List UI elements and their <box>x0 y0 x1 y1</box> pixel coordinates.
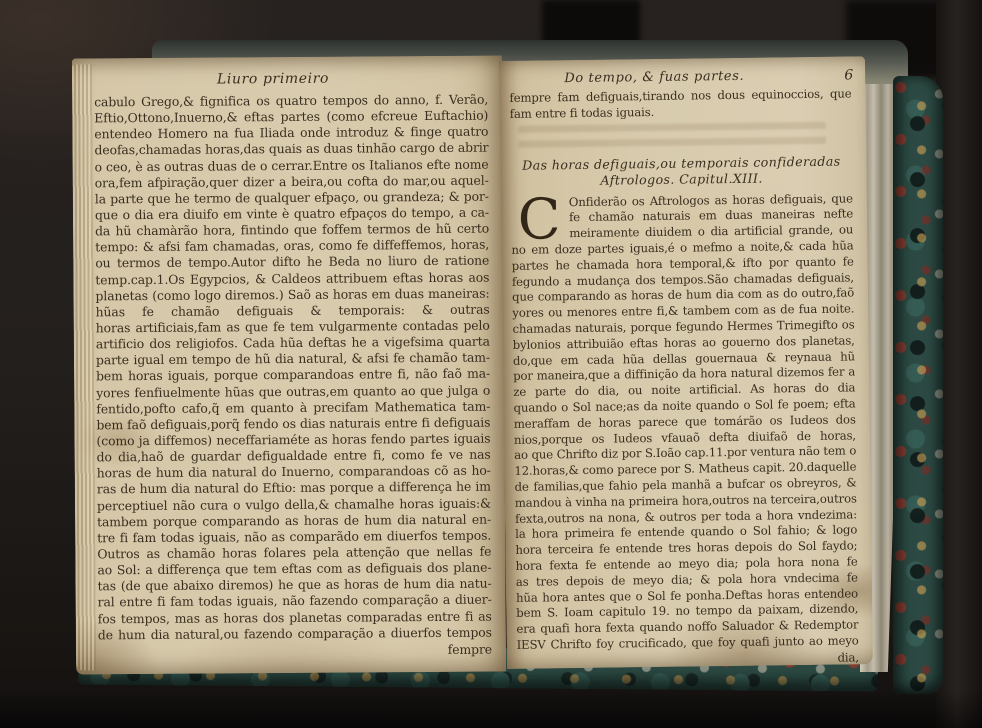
right-page-lines: Onfiderão os Aftrologos as horas defigua… <box>511 191 859 654</box>
running-header-left: Liuro primeiro <box>72 70 474 89</box>
left-page-lines: cabulo Grego,& fignifica os quatro tempo… <box>94 92 492 644</box>
chapter-end-lines: fempre fam defiguais,tirando nos dous eq… <box>509 86 851 122</box>
background-shadow-bottom <box>0 690 982 728</box>
text-line: de hum dia natural,ou fazendo comparação… <box>98 624 492 643</box>
left-page: Liuro primeiro cabulo Grego,& fignifica … <box>72 56 506 675</box>
left-page-text: cabulo Grego,& fignifica os quatro tempo… <box>94 92 492 661</box>
drop-cap-initial: C <box>513 196 566 245</box>
running-header-right: Do tempo, & fuas partes. <box>499 68 809 87</box>
right-page: Do tempo, & fuas partes. 6 fempre fam de… <box>499 56 873 669</box>
page-number: 6 <box>844 67 853 83</box>
right-page-text: fempre fam defiguais,tirando nos dous eq… <box>509 86 859 670</box>
catchword-left: fempre <box>98 641 492 660</box>
ink-show-through <box>518 121 826 155</box>
marbled-cover-right <box>893 76 943 694</box>
chapter-xiii-body: C Onfiderão os Aftrologos as horas defig… <box>511 191 859 670</box>
text-line: fam entre fi todas iguais. <box>510 102 852 122</box>
chapter-heading: Das horas defiguais,ou temporais confide… <box>510 153 852 190</box>
